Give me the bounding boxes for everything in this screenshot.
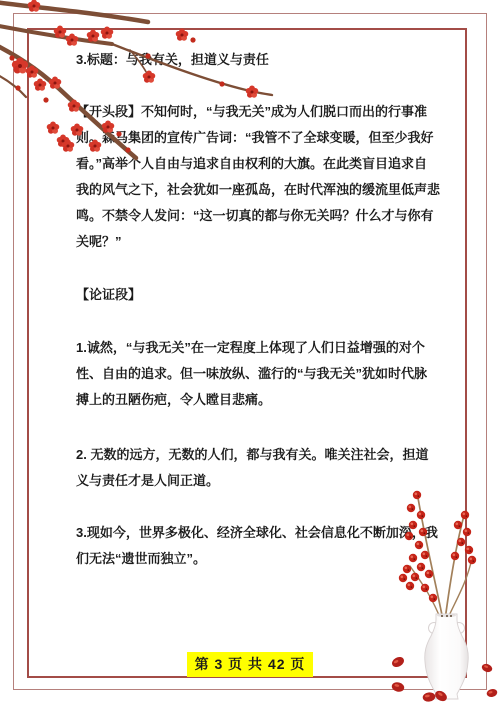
document-page: 3.标题：与我有关，担道义与责任 【开头段】不知何时，“与我无关”成为人们脱口而… [0, 0, 500, 707]
text-line: 搏上的丑陋伤疤，令人瞠目悲痛。 [76, 387, 456, 413]
text-line: 则。森马集团的宣传广告词：“我管不了全球变暖，但至少我好 [76, 125, 456, 151]
text-line: 1.诚然，“与我无关”在一定程度上体现了人们日益增强的对个 [76, 335, 456, 361]
section-label: 【论证段】 [76, 282, 456, 308]
essay-title: 3.标题：与我有关，担道义与责任 [76, 47, 456, 73]
text-line: 鸣。不禁令人发问：“这一切真的都与你无关吗？什么才与你有 [76, 203, 456, 229]
text-line: 看。”高举个人自由与追求自由权利的大旗。在此类盲目追求自 [76, 151, 456, 177]
text-line: 们无法“遗世而独立”。 [76, 546, 456, 572]
argument-point-1: 1.诚然，“与我无关”在一定程度上体现了人们日益增强的对个性、自由的追求。但一味… [76, 335, 456, 413]
page-footer: 第 3 页 共 42 页 [0, 652, 500, 677]
argument-point-2: 2. 无数的远方，无数的人们，都与我有关。唯关注社会，担道义与责任才是人间正道。 [76, 442, 456, 494]
argument-point-3: 3.现如今，世界多极化、经济全球化、社会信息化不断加深，我们无法“遗世而独立”。 [76, 520, 456, 572]
text-line: 【开头段】不知何时，“与我无关”成为人们脱口而出的行事准 [76, 99, 456, 125]
essay-content: 3.标题：与我有关，担道义与责任 【开头段】不知何时，“与我无关”成为人们脱口而… [0, 0, 500, 707]
text-line: 义与责任才是人间正道。 [76, 468, 456, 494]
page-number-badge: 第 3 页 共 42 页 [187, 652, 314, 677]
opening-paragraph: 【开头段】不知何时，“与我无关”成为人们脱口而出的行事准则。森马集团的宣传广告词… [76, 99, 456, 255]
text-line: 性、自由的追求。但一味放纵、滥行的“与我无关”犹如时代脉 [76, 361, 456, 387]
text-line: 2. 无数的远方，无数的人们，都与我有关。唯关注社会，担道 [76, 442, 456, 468]
text-line: 3.现如今，世界多极化、经济全球化、社会信息化不断加深，我 [76, 520, 456, 546]
text-line: 关呢？” [76, 229, 456, 255]
text-line: 我的风气之下，社会犹如一座孤岛，在时代浑浊的缓流里低声悲 [76, 177, 456, 203]
